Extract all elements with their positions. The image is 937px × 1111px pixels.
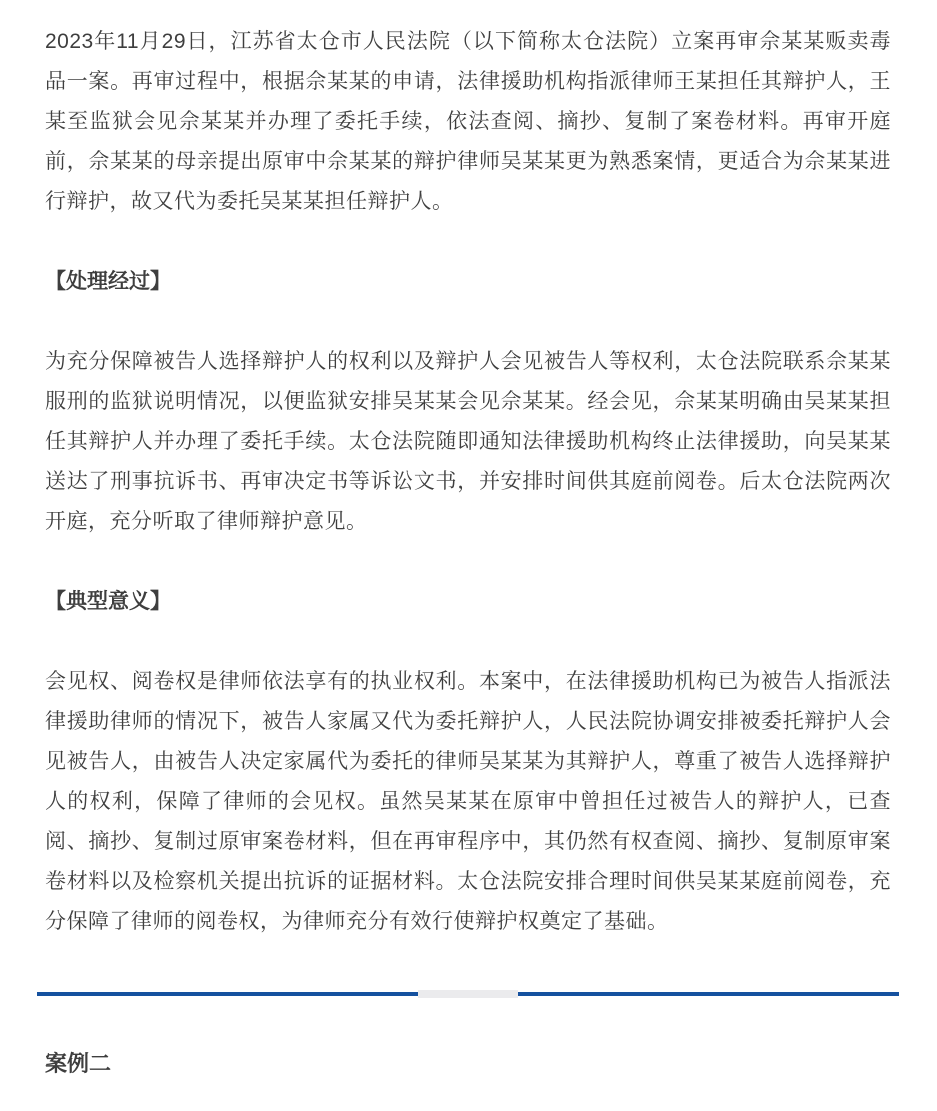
case-facts-paragraph: 2023年11月29日，江苏省太仓市人民法院（以下简称太仓法院）立案再审佘某某贩… <box>45 22 891 222</box>
handling-process-paragraph: 为充分保障被告人选择辩护人的权利以及辩护人会见被告人等权利，太仓法院联系佘某某服… <box>45 342 891 542</box>
legal-case-article: 2023年11月29日，江苏省太仓市人民法院（以下简称太仓法院）立案再审佘某某贩… <box>0 0 937 1084</box>
section-heading-handling-process: 【处理经过】 <box>45 262 891 302</box>
typical-significance-paragraph: 会见权、阅卷权是律师依法享有的执业权利。本案中，在法律援助机构已为被告人指派法律… <box>45 662 891 942</box>
section-divider <box>37 990 899 998</box>
divider-line-right <box>518 992 899 996</box>
section-heading-typical-significance: 【典型意义】 <box>45 582 891 622</box>
divider-center-block <box>418 990 518 998</box>
divider-line-left <box>37 992 418 996</box>
next-case-heading: 案例二 <box>45 1044 891 1084</box>
